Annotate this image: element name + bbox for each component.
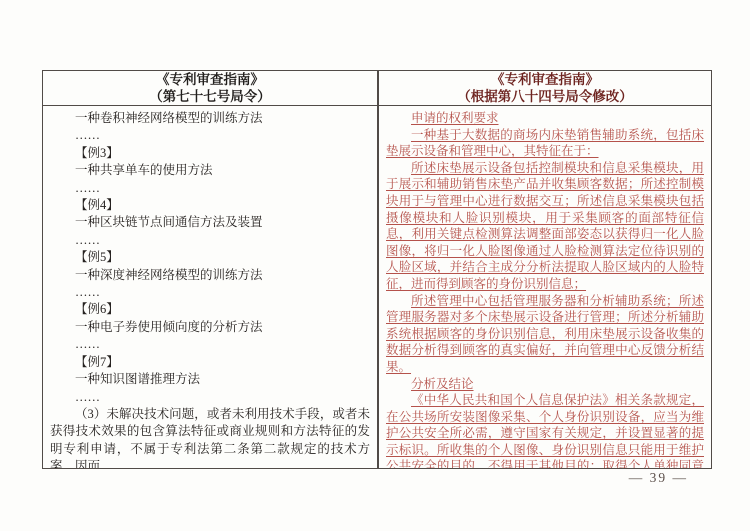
new-version-column-content: 申请的权利要求一种基于大数据的商场内床垫销售辅助系统，包括床垫展示设备和管理中心…: [379, 106, 711, 468]
document-page-background: 《专利审查指南》 （第七十七号局令） 《专利审查指南》 （根据第八十四号局令修改…: [0, 0, 750, 531]
old-version-text-line: 一种共享单车的使用方法: [50, 162, 370, 179]
table-body-row: 一种卷积神经网络模型的训练方法……【例3】一种共享单车的使用方法……【例4】一种…: [43, 106, 711, 468]
new-version-subtitle: （根据第八十四号局令修改）: [381, 89, 709, 106]
old-version-text-line: ……: [50, 389, 370, 406]
old-version-text-line: ……: [50, 284, 370, 301]
new-version-modified-paragraph: 《中华人民共和国个人信息保护法》相关条款规定，在公共场所安装图像采集、个人身份识…: [386, 392, 704, 468]
old-version-title: 《专利审查指南》: [45, 72, 375, 89]
new-version-modified-paragraph: 一种基于大数据的商场内床垫销售辅助系统，包括床垫展示设备和管理中心，其特征在于：: [386, 127, 704, 160]
new-version-modified-paragraph: 申请的权利要求: [386, 110, 704, 127]
old-version-text-line: 一种卷积神经网络模型的训练方法: [50, 110, 370, 127]
old-version-text-line: 【例3】: [50, 145, 370, 162]
new-version-title: 《专利审查指南》: [381, 72, 709, 89]
new-version-modified-paragraph: 所述管理中心包括管理服务器和分析辅助系统；所述管理服务器对多个床垫展示设备进行管…: [386, 293, 704, 376]
old-version-text-line: 一种区块链节点间通信方法及装置: [50, 214, 370, 231]
scanned-document-page: { "document": { "page_number": "— 39 —",…: [0, 0, 750, 531]
old-version-text-line: ……: [50, 232, 370, 249]
new-version-modified-paragraph: 所述床垫展示设备包括控制模块和信息采集模块，用于展示和辅助销售床垫产品并收集顾客…: [386, 160, 704, 293]
old-version-text-line: 一种知识图谱推理方法: [50, 371, 370, 388]
header-cell-old-version: 《专利审查指南》 （第七十七号局令）: [43, 71, 379, 105]
old-version-subtitle: （第七十七号局令）: [45, 89, 375, 106]
old-version-text-line: 【例5】: [50, 249, 370, 266]
old-version-text-line: ……: [50, 180, 370, 197]
old-version-text-line: 【例4】: [50, 197, 370, 214]
header-cell-new-version: 《专利审查指南》 （根据第八十四号局令修改）: [379, 71, 711, 105]
page-number: — 39 —: [629, 470, 688, 486]
old-version-text-line: 一种深度神经网络模型的训练方法: [50, 267, 370, 284]
old-version-text-line: 【例7】: [50, 354, 370, 371]
table-header-row: 《专利审查指南》 （第七十七号局令） 《专利审查指南》 （根据第八十四号局令修改…: [43, 71, 711, 106]
old-version-text-line: 一种电子券使用倾向度的分析方法: [50, 319, 370, 336]
new-version-modified-paragraph: 分析及结论: [386, 376, 704, 393]
old-version-text-line: （3）未解决技术问题，或者未利用技术手段，或者未获得技术效果的包含算法特征或商业…: [50, 406, 370, 468]
old-version-text-line: 【例6】: [50, 301, 370, 318]
old-version-column-content: 一种卷积神经网络模型的训练方法……【例3】一种共享单车的使用方法……【例4】一种…: [43, 106, 379, 468]
patent-guideline-comparison-table: 《专利审查指南》 （第七十七号局令） 《专利审查指南》 （根据第八十四号局令修改…: [42, 70, 712, 469]
old-version-text-line: ……: [50, 336, 370, 353]
old-version-text-line: ……: [50, 127, 370, 144]
